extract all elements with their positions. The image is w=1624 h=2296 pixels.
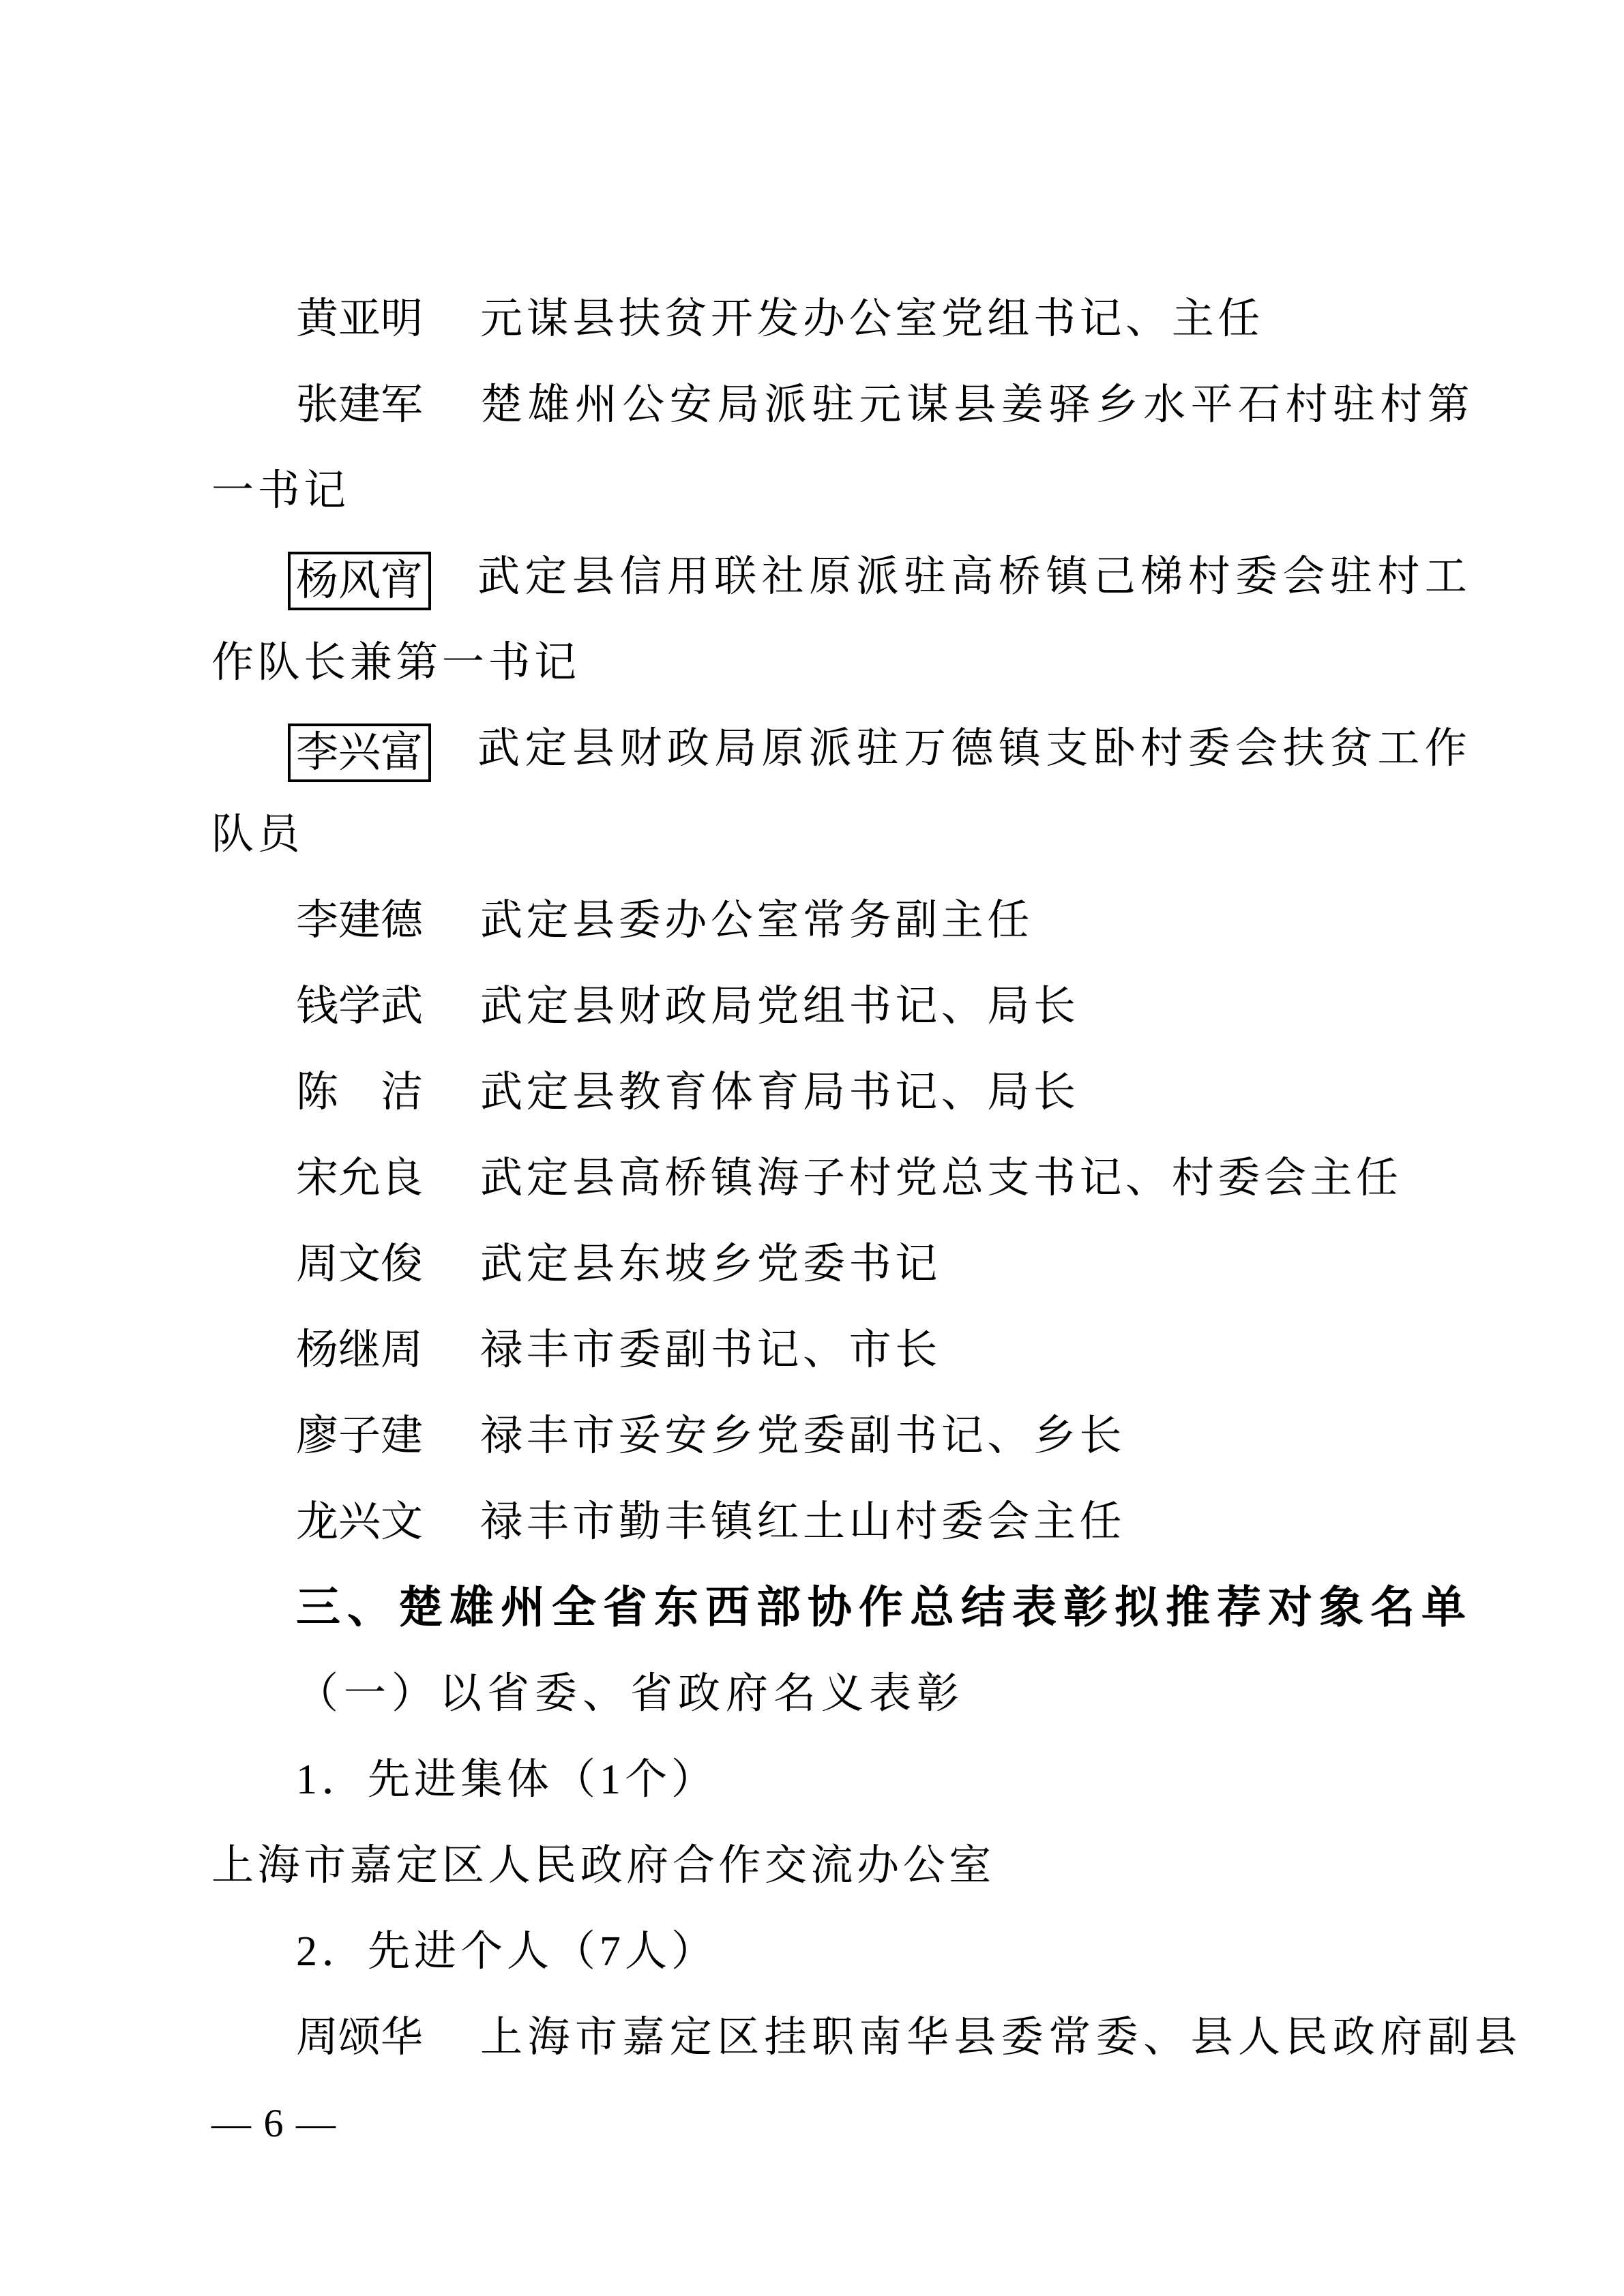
person-title: 上海市嘉定区挂职南华县委常委、县人民政府副县	[480, 2014, 1522, 2061]
person-title: 楚雄州公安局派驻元谋县姜驿乡水平石村驻村第	[480, 382, 1475, 428]
section-heading: 三、楚雄州全省东西部协作总结表彰拟推荐对象名单	[211, 1565, 1488, 1651]
person-name: 龙兴文	[296, 1479, 423, 1565]
numbered-item: 1．先进集体（1个）	[211, 1737, 1488, 1823]
person-name: 周文俊	[296, 1221, 423, 1307]
document-page: 黄亚明元谋县扶贫开发办公室党组书记、主任 张建军楚雄州公安局派驻元谋县姜驿乡水平…	[0, 0, 1624, 2296]
continuation-text: 一书记	[211, 468, 350, 514]
entry-line: 廖子建禄丰市妥安乡党委副书记、乡长	[211, 1393, 1488, 1479]
person-title: 武定县委办公室常务副主任	[480, 897, 1033, 944]
entry-line: 李兴富武定县财政局原派驻万德镇支卧村委会扶贫工作	[211, 706, 1488, 792]
person-name: 宋允良	[296, 1135, 423, 1221]
person-name: 张建军	[296, 362, 423, 448]
continuation-text: 队员	[211, 811, 304, 858]
sub-heading: （一）以省委、省政府名义表彰	[211, 1651, 1488, 1737]
person-title: 武定县东坡乡党委书记	[480, 1241, 941, 1287]
entry-line: 李建德武定县委办公室常务副主任	[211, 878, 1488, 964]
person-title: 武定县财政局党组书记、局长	[480, 983, 1080, 1030]
entry-line: 张建军楚雄州公安局派驻元谋县姜驿乡水平石村驻村第	[211, 362, 1488, 448]
person-name: 钱学武	[296, 964, 423, 1049]
entry-line: 杨风宵武定县信用联社原派驻高桥镇己梯村委会驻村工	[211, 534, 1488, 620]
person-title: 元谋县扶贫开发办公室党组书记、主任	[480, 296, 1264, 342]
entry-line: 陈洁武定县教育体育局书记、局长	[211, 1049, 1488, 1135]
entry-line: 宋允良武定县高桥镇海子村党总支书记、村委会主任	[211, 1135, 1488, 1221]
person-name: 杨继周	[296, 1307, 423, 1393]
person-name: 李建德	[296, 878, 423, 964]
entry-line: 周颂华上海市嘉定区挂职南华县委常委、县人民政府副县	[211, 1995, 1488, 2081]
person-name: 陈洁	[296, 1049, 423, 1135]
continuation-text: 作队长兼第一书记	[211, 640, 580, 686]
document-body: 黄亚明元谋县扶贫开发办公室党组书记、主任 张建军楚雄州公安局派驻元谋县姜驿乡水平…	[0, 0, 1624, 2166]
person-title: 武定县财政局原派驻万德镇支卧村委会扶贫工作	[477, 726, 1472, 772]
entry-line: 钱学武武定县财政局党组书记、局长	[211, 964, 1488, 1049]
person-name: 廖子建	[296, 1393, 423, 1479]
person-name: 黄亚明	[296, 276, 423, 362]
entry-line: 周文俊武定县东坡乡党委书记	[211, 1221, 1488, 1307]
person-name: 周颂华	[296, 1995, 423, 2081]
person-title: 武定县教育体育局书记、局长	[480, 1069, 1080, 1116]
continuation-line: 一书记	[211, 448, 1488, 534]
person-title: 禄丰市妥安乡党委副书记、乡长	[480, 1413, 1125, 1459]
entry-line: 杨继周禄丰市委副书记、市长	[211, 1307, 1488, 1393]
continuation-line: 队员	[211, 792, 1488, 878]
person-name-boxed: 杨风宵	[288, 552, 431, 610]
person-name-boxed: 李兴富	[288, 724, 431, 782]
entry-line: 黄亚明元谋县扶贫开发办公室党组书记、主任	[211, 276, 1488, 362]
org-line: 上海市嘉定区人民政府合作交流办公室	[211, 1823, 1488, 1909]
person-title: 禄丰市勤丰镇红土山村委会主任	[480, 1499, 1125, 1545]
person-title: 武定县高桥镇海子村党总支书记、村委会主任	[480, 1155, 1402, 1202]
entry-line: 龙兴文禄丰市勤丰镇红土山村委会主任	[211, 1479, 1488, 1565]
numbered-item: 2．先进个人（7人）	[211, 1909, 1488, 1995]
continuation-line: 作队长兼第一书记	[211, 620, 1488, 706]
person-title: 武定县信用联社原派驻高桥镇己梯村委会驻村工	[477, 554, 1472, 600]
person-title: 禄丰市委副书记、市长	[480, 1327, 941, 1373]
page-number: — 6 —	[211, 2081, 1488, 2166]
